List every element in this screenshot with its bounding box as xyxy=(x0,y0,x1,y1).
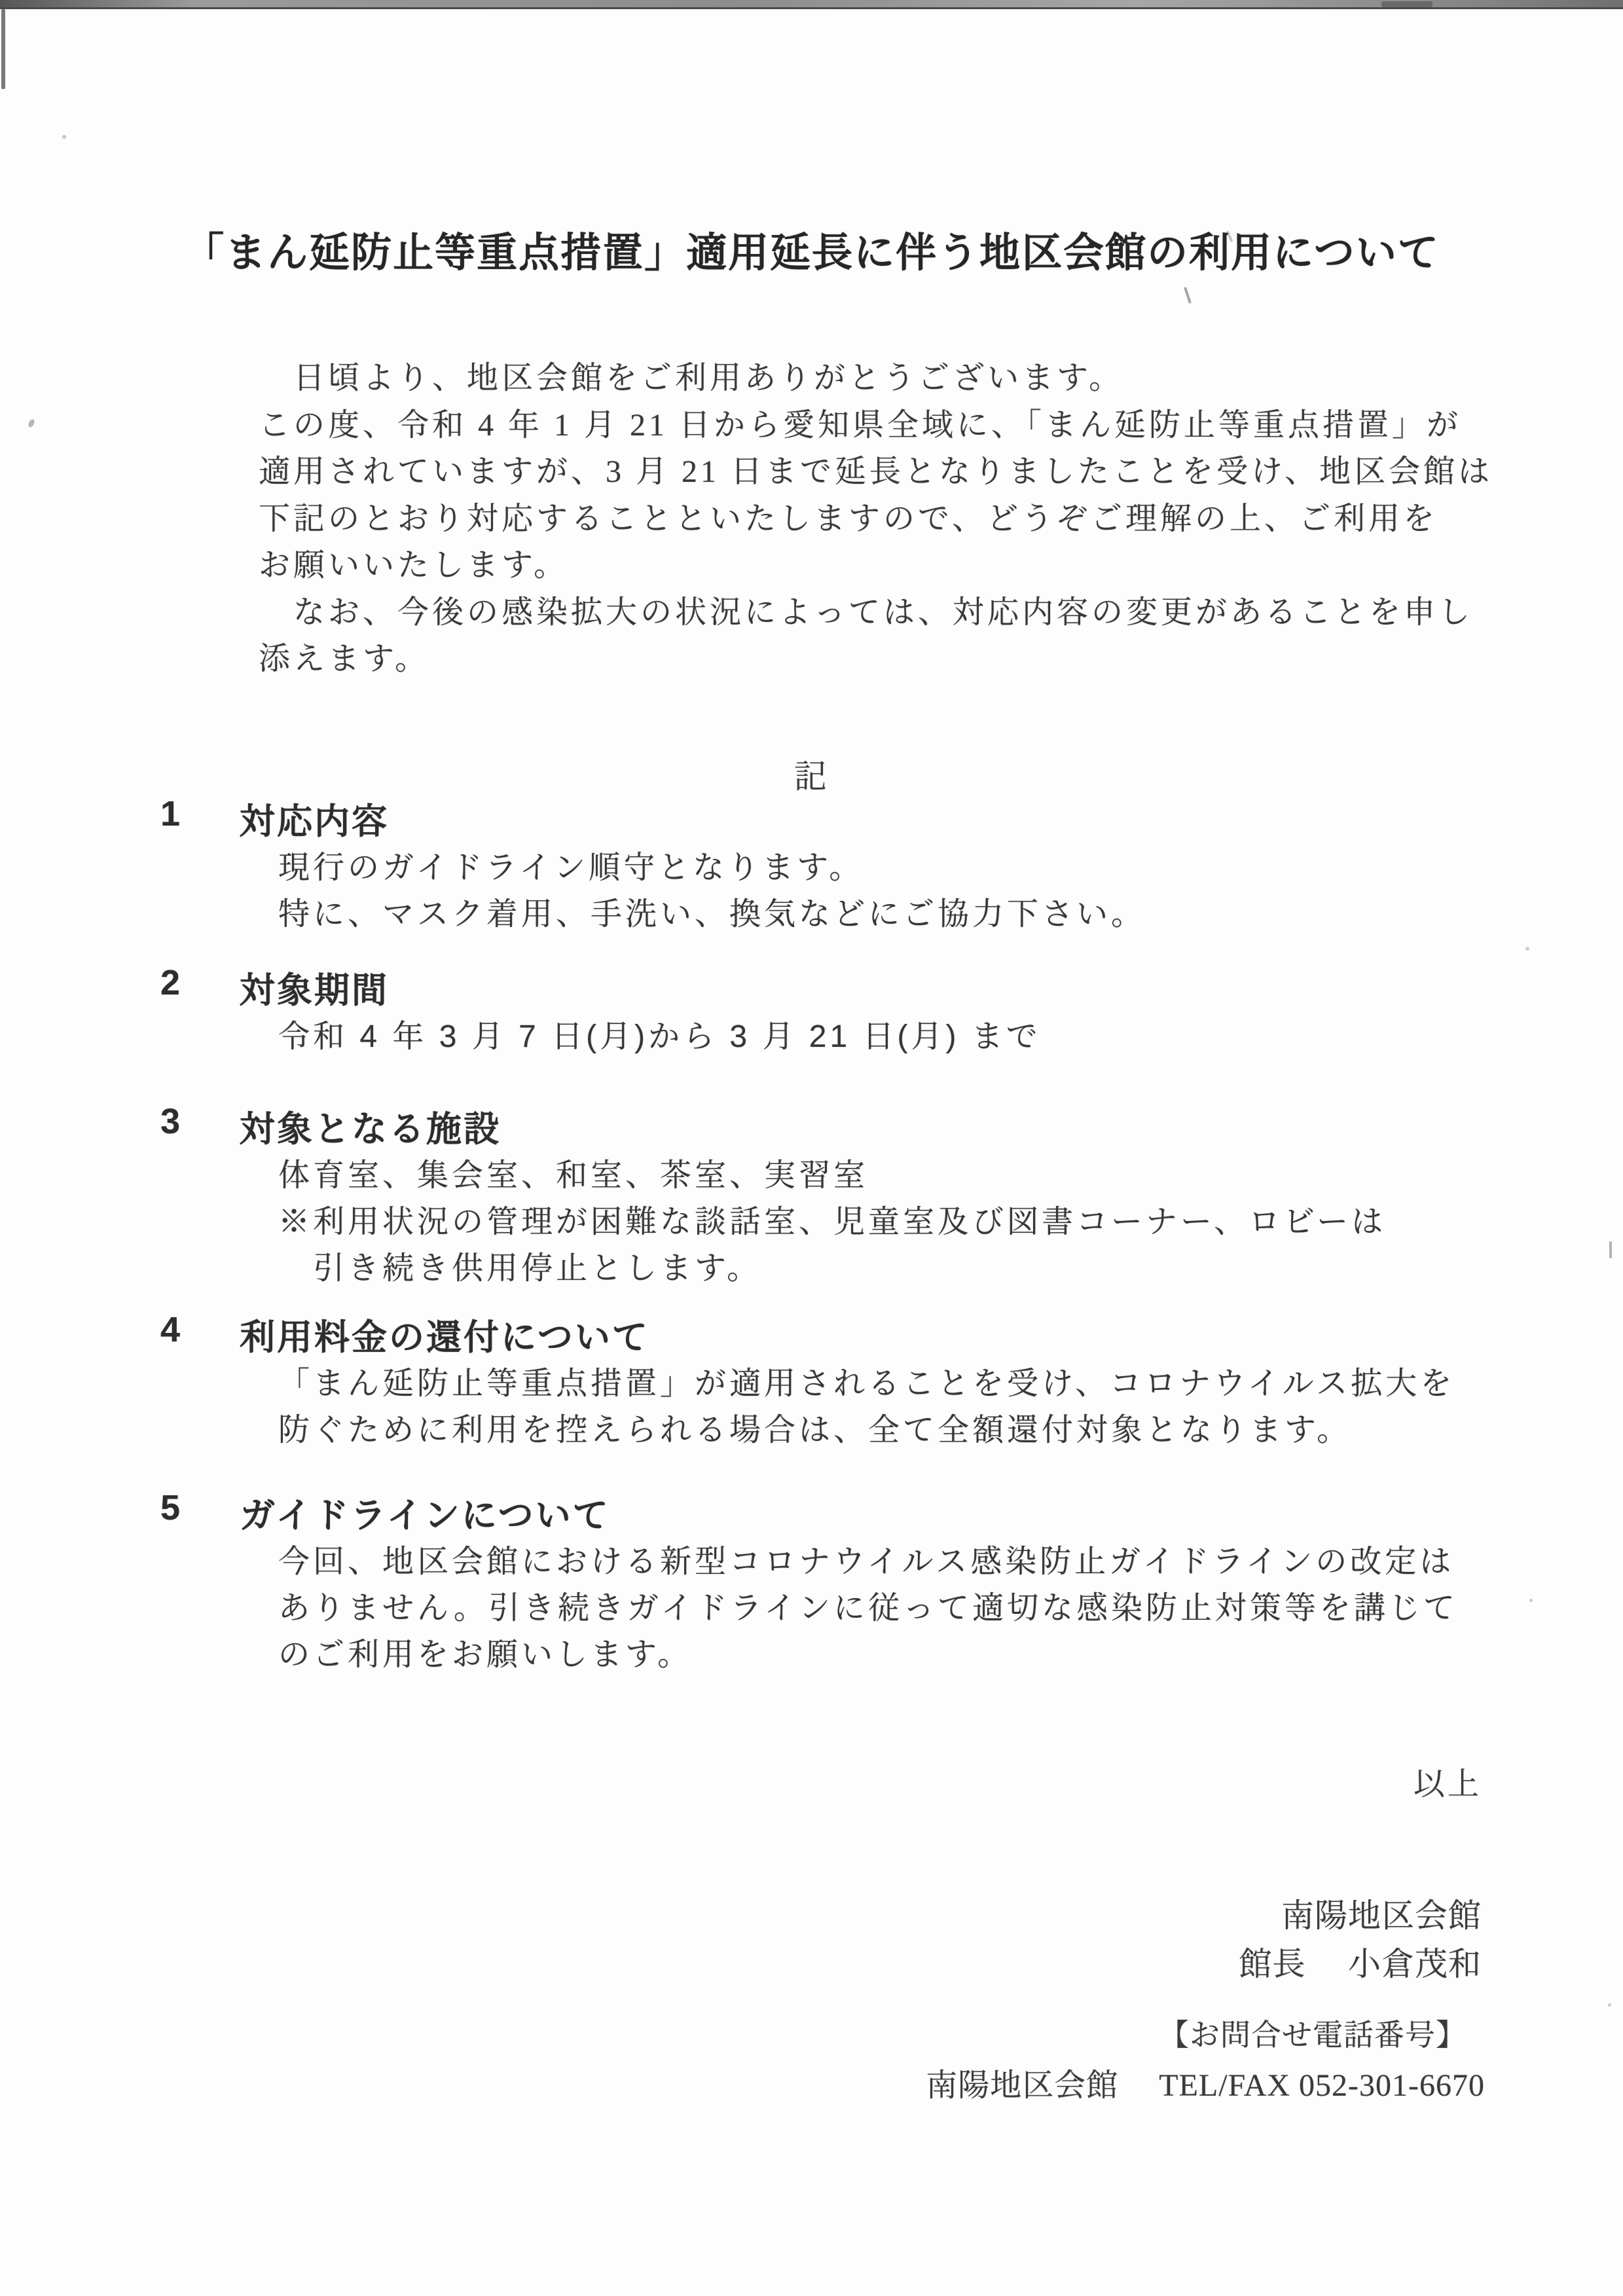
intro-line: 添えます。 xyxy=(259,636,1555,683)
section-number: 5 xyxy=(147,1487,193,1528)
section-line: 今回、地区会館における新型コロナウイルス感染防止ガイドラインの改定は xyxy=(278,1536,1454,1581)
section-line: 特に、マスク着用、手洗い、換気などにご協力下さい。 xyxy=(278,888,1146,934)
scan-artifact xyxy=(1609,1241,1612,1258)
scan-artifact xyxy=(1381,1,1432,7)
section-title: 対応内容 xyxy=(240,793,389,844)
intro-line: 下記のとおり対応することといたしますので、どうぞご理解の上、ご利用を xyxy=(259,496,1555,543)
section-line: 体育室、集会室、和室、茶室、実習室 xyxy=(278,1150,868,1195)
scan-top-band xyxy=(0,0,1623,9)
scan-artifact xyxy=(27,418,35,428)
section-line: 引き続き供用停止とします。 xyxy=(278,1243,761,1288)
section-number: 3 xyxy=(147,1101,193,1142)
section-line: ありません。引き続きガイドラインに従って適切な感染防止対策等を講じて xyxy=(278,1582,1458,1628)
scan-artifact xyxy=(1184,287,1192,304)
intro-line: この度、令和 4 年 1 月 21 日から愛知県全域に、「まん延防止等重点措置」… xyxy=(259,402,1555,449)
section-title: 対象となる施設 xyxy=(240,1101,501,1152)
scan-artifact xyxy=(1,9,5,89)
section-line: のご利用をお願いします。 xyxy=(278,1629,692,1674)
intro-paragraph: 日頃より、地区会館をご利用ありがとうございます。 この度、令和 4 年 1 月 … xyxy=(259,355,1555,683)
section-number: 2 xyxy=(147,962,193,1003)
section-line: ※利用状況の管理が困難な談話室、児童室及び図書コーナー、ロビーは xyxy=(278,1196,1386,1241)
scan-artifact xyxy=(1525,947,1529,951)
contact-line: 南陽地区会館 TEL/FAX 052-301-6670 xyxy=(926,2060,1485,2105)
section-line: 「まん延防止等重点措置」が適用されることを受け、コロナウイルス拡大を xyxy=(278,1358,1455,1403)
scan-artifact xyxy=(1529,1599,1533,1602)
scanned-document-page: 「まん延防止等重点措置」適用延長に伴う地区会館の利用について 日頃より、地区会館… xyxy=(0,0,1623,2296)
signature-org: 南陽地区会館 xyxy=(1281,1889,1482,1937)
intro-line: 適用されていますが、3 月 21 日まで延長となりましたことを受け、地区会館は xyxy=(259,448,1555,496)
section-line: 防ぐために利用を控えられる場合は、全て全額還付対象となります。 xyxy=(278,1404,1351,1449)
signature-director: 館長 小倉茂和 xyxy=(1239,1938,1482,1985)
intro-line: なお、今後の感染拡大の状況によっては、対応内容の変更があることを申し xyxy=(259,589,1555,636)
section-line: 現行のガイドライン順守となります。 xyxy=(278,842,864,887)
section-title: 対象期間 xyxy=(240,962,389,1013)
scan-artifact xyxy=(1608,2003,1611,2007)
document-title: 「まん延防止等重点措置」適用延長に伴う地区会館の利用について xyxy=(0,220,1623,278)
section-line: 令和 4 年 3 月 7 日(月)から 3 月 21 日(月) まで xyxy=(278,1011,1041,1056)
scan-artifact xyxy=(62,135,66,139)
ki-marker: 記 xyxy=(0,750,1623,797)
section-title: ガイドラインについて xyxy=(240,1487,610,1538)
intro-line: 日頃より、地区会館をご利用ありがとうございます。 xyxy=(259,355,1555,402)
section-title: 利用料金の還付について xyxy=(240,1309,649,1360)
closing-word: 以上 xyxy=(1413,1758,1482,1804)
intro-line: お願いいたします。 xyxy=(259,542,1555,589)
contact-heading: 【お問合せ電話番号】 xyxy=(1159,2011,1467,2054)
section-number: 4 xyxy=(147,1309,193,1350)
section-number: 1 xyxy=(147,793,193,834)
